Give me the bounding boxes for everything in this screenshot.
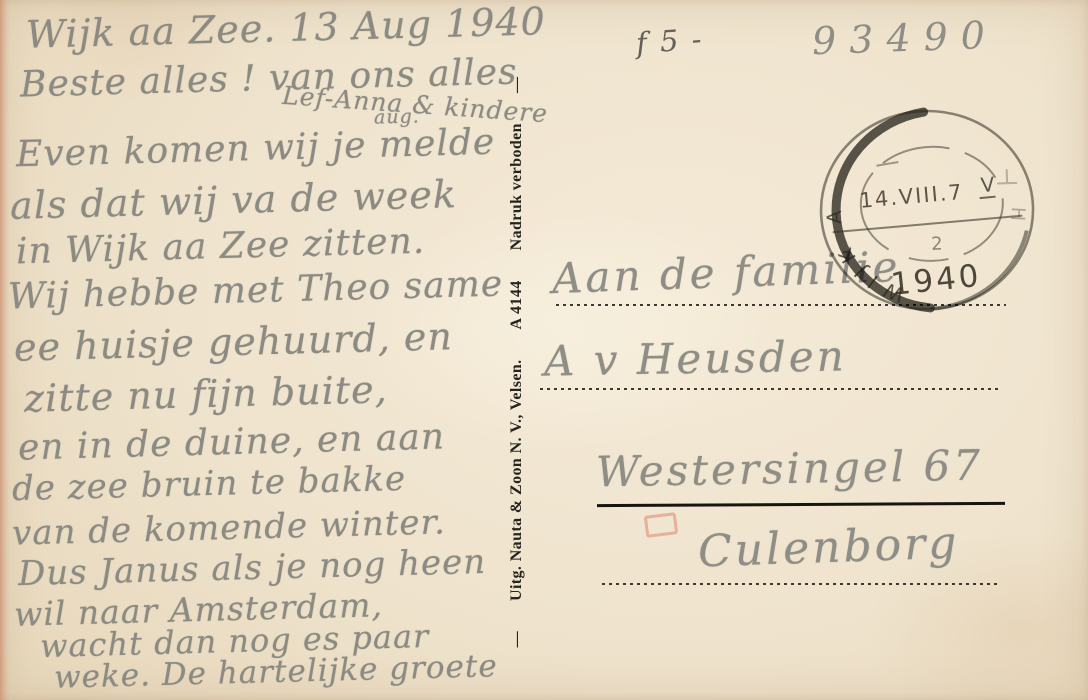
- address-ruled-line: [602, 583, 1000, 585]
- publisher-imprint: Uitg. Nauta & Zoon N. V., Velsen.: [508, 359, 526, 601]
- price-note: f 5 -: [635, 22, 705, 61]
- postmark-top-dash: [876, 162, 898, 166]
- postmark-town-arc: WIJK A: [822, 199, 909, 310]
- postmark-right-scratches: [997, 169, 1017, 184]
- address-ruled-line: [540, 388, 1002, 390]
- postmark-year: 1940: [889, 258, 983, 303]
- postmark-stamp: 14.VIII.7 V 2 1940 WIJK A H: [798, 94, 1056, 325]
- postmark-right-fragment: H: [1006, 206, 1029, 221]
- postcard-left-edge: [0, 0, 10, 700]
- publisher-imprint-strip: — Uitg. Nauta & Zoon N. V., Velsen. A 41…: [506, 42, 528, 682]
- address-city: Culenborg: [697, 517, 960, 577]
- inventory-number: 93490: [811, 13, 998, 63]
- publisher-dash-left: —: [508, 631, 526, 647]
- red-crayon-mark: [644, 512, 678, 538]
- postmark-slot-number: 2: [931, 233, 943, 254]
- postmark-town-arc-text: WIJK A: [822, 199, 909, 310]
- address-street: Westersingel 67: [596, 441, 984, 497]
- address-recipient-name: A v Heusden: [544, 331, 847, 385]
- publisher-notice: Nadruk verboden: [508, 123, 526, 250]
- postmark-time-letter: V: [980, 172, 996, 197]
- publisher-order-number: A 4144: [508, 280, 526, 329]
- publisher-dash-right: —: [508, 77, 526, 93]
- postmark-date: 14.VIII.7: [859, 180, 965, 213]
